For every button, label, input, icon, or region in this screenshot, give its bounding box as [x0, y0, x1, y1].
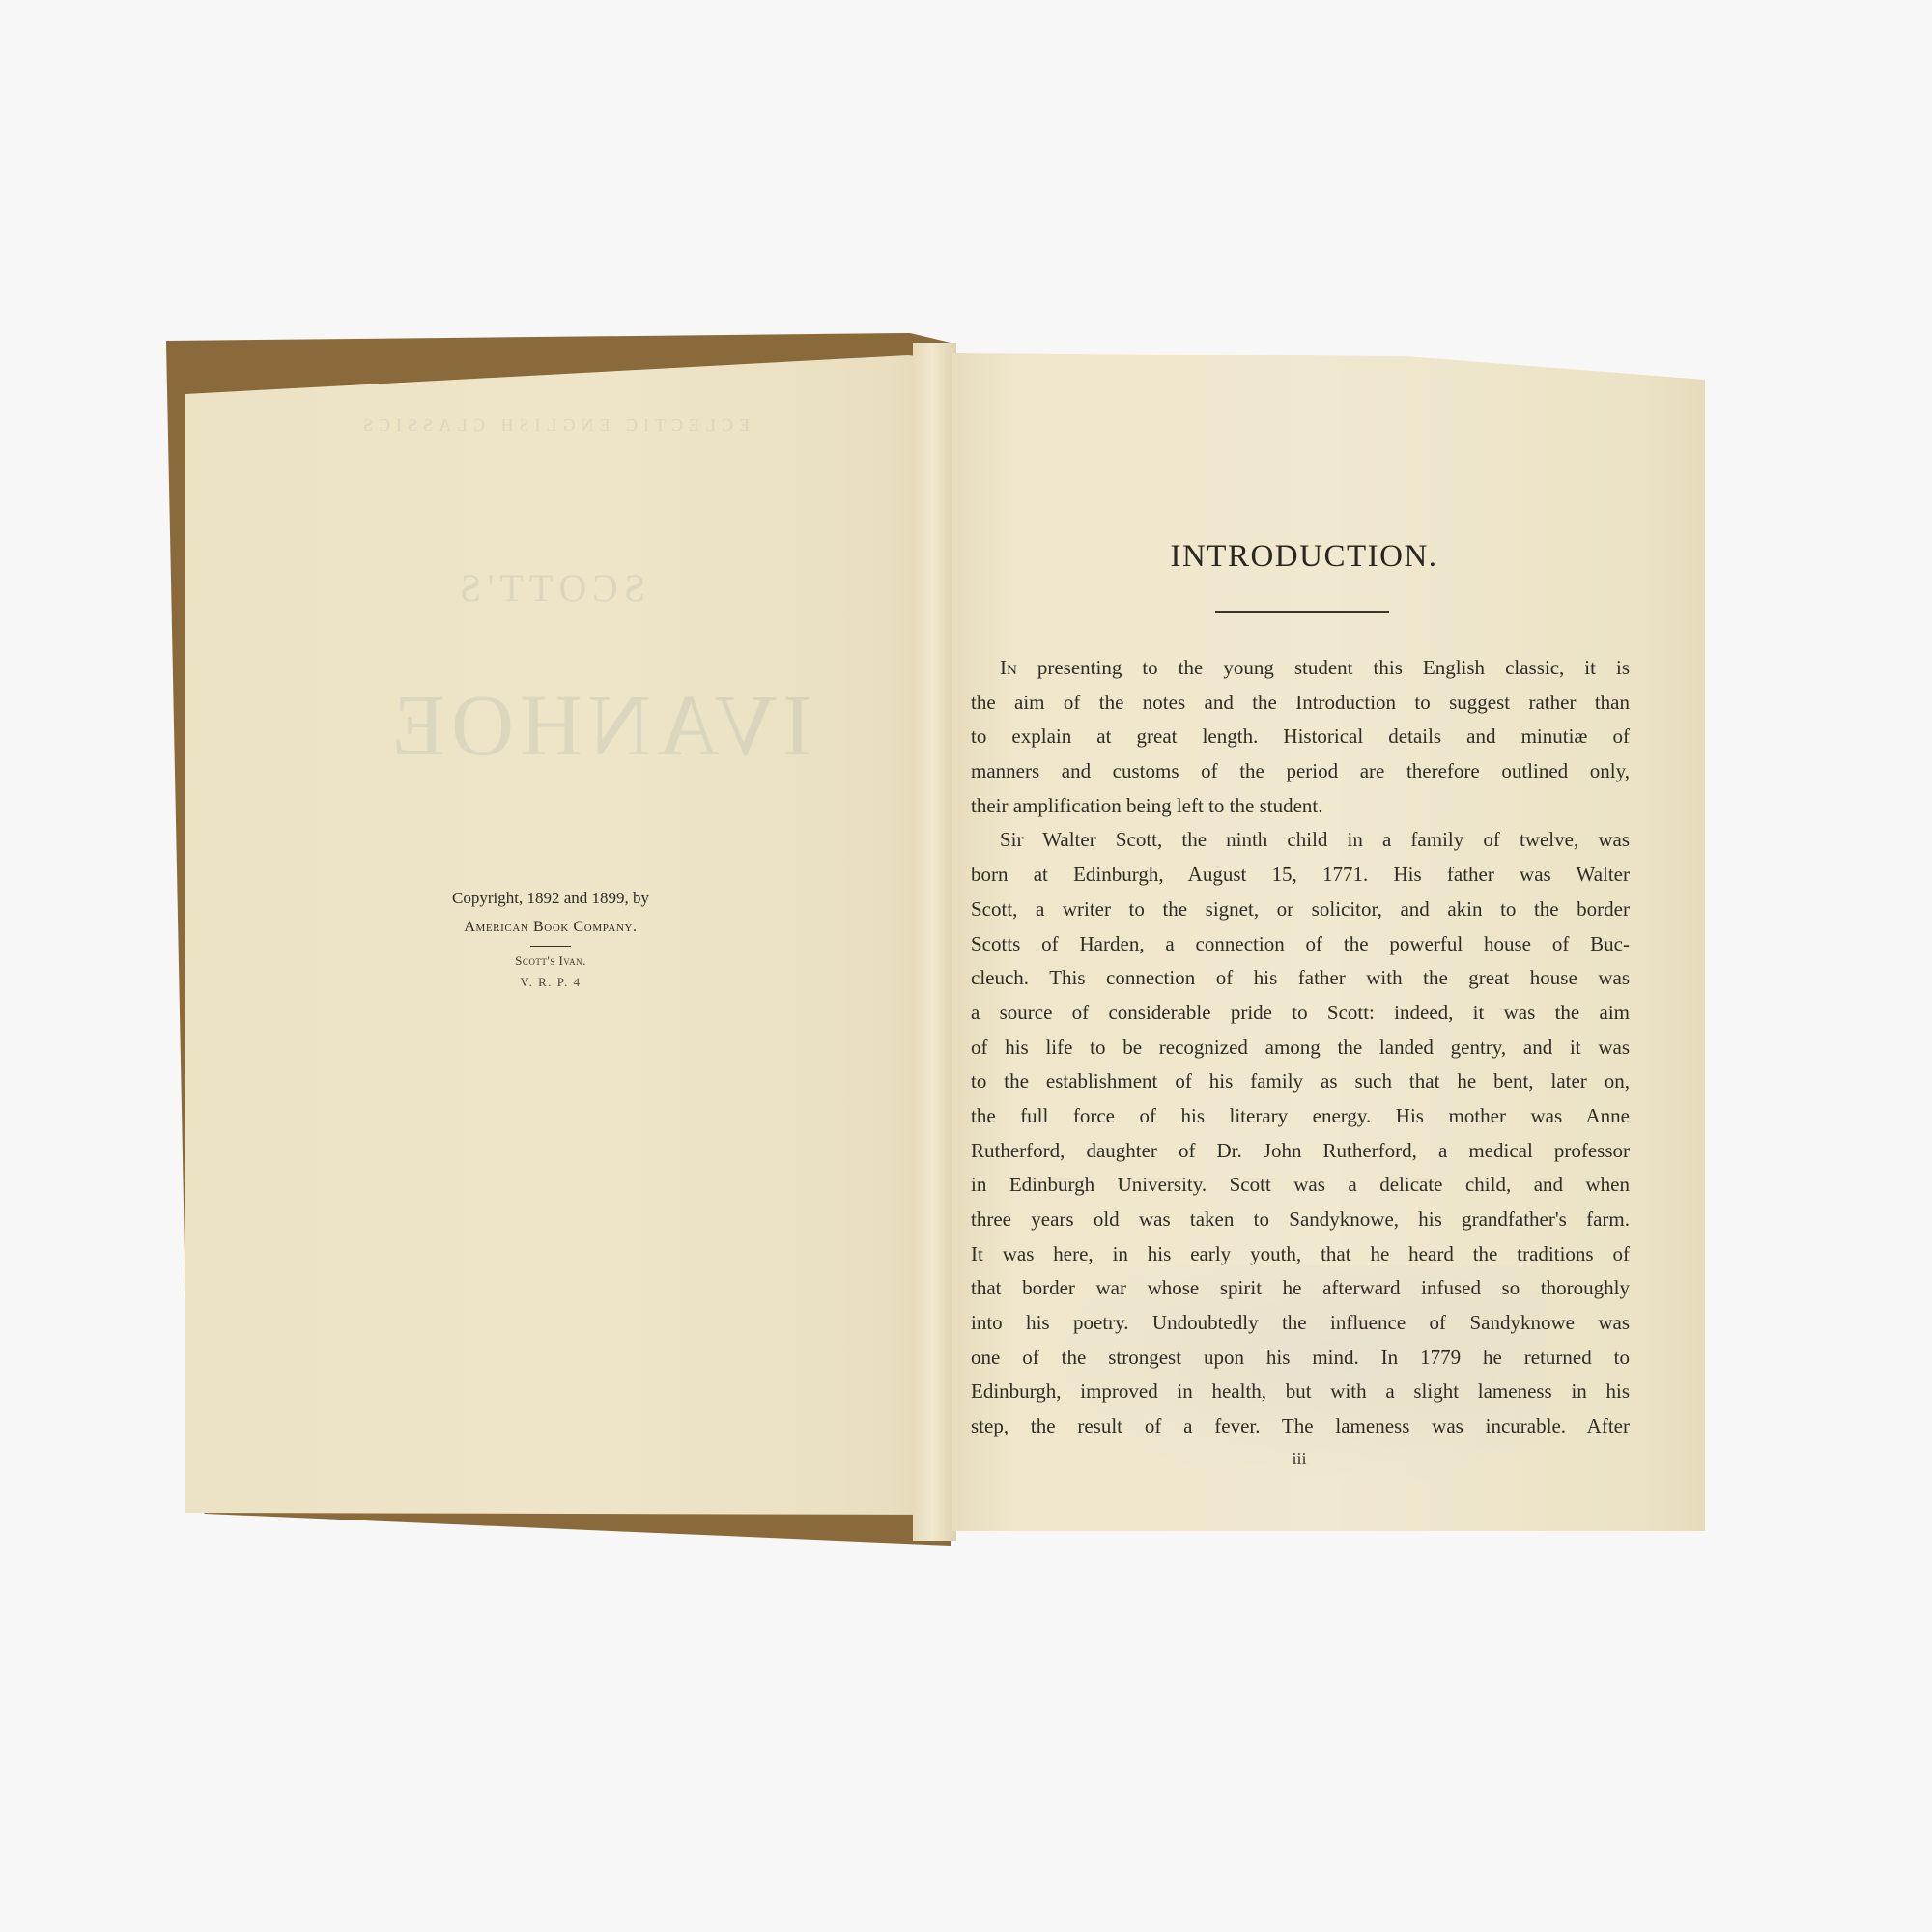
bleed-through-author: SCOTT'S: [454, 565, 645, 611]
print-code: V. R. P. 4: [406, 972, 696, 993]
text-line: In presenting to the young student this …: [971, 651, 1630, 686]
publisher-name: American Book Company.: [406, 913, 696, 942]
text-line: to the establishment of his family as su…: [971, 1065, 1630, 1099]
text-line: born at Edinburgh, August 15, 1771. His …: [971, 858, 1630, 893]
page-number: iii: [1275, 1449, 1323, 1469]
text-line: cleuch. This connection of his father wi…: [971, 961, 1630, 996]
text-line: one of the strongest upon his mind. In 1…: [971, 1341, 1630, 1376]
bleed-through-title: IVANHOE: [386, 676, 811, 776]
copyright-block: Copyright, 1892 and 1899, by American Bo…: [406, 884, 696, 993]
text-line: three years old was taken to Sandyknowe,…: [971, 1203, 1630, 1237]
title-divider: [1215, 611, 1389, 613]
text-line: manners and customs of the period are th…: [971, 754, 1630, 789]
text-line: that border war whose spirit he afterwar…: [971, 1271, 1630, 1306]
text-line: Scott, a writer to the signet, or solici…: [971, 893, 1630, 927]
introduction-body: In presenting to the young student this …: [971, 651, 1630, 1444]
bleed-through-series: ECLECTIC ENGLISH CLASSICS: [357, 415, 750, 436]
text-line: step, the result of a fever. The lamenes…: [971, 1409, 1630, 1444]
text-line: a source of considerable pride to Scott:…: [971, 996, 1630, 1031]
copyright-divider: [530, 946, 571, 947]
text-line: Rutherford, daughter of Dr. John Rutherf…: [971, 1134, 1630, 1169]
chapter-title: INTRODUCTION.: [1111, 539, 1497, 575]
text-line: It was here, in his early youth, that he…: [971, 1237, 1630, 1272]
text-line: the full force of his literary energy. H…: [971, 1099, 1630, 1134]
text-line: of his life to be recognized among the l…: [971, 1031, 1630, 1065]
text-line: Scotts of Harden, a connection of the po…: [971, 927, 1630, 962]
text-line: into his poetry. Undoubtedly the influen…: [971, 1306, 1630, 1341]
text-line: to explain at great length. Historical d…: [971, 720, 1630, 754]
edition-label: Scott's Ivan.: [406, 951, 696, 972]
open-book: ECLECTIC ENGLISH CLASSICS SCOTT'S IVANHO…: [0, 0, 1932, 1932]
text-line: in Edinburgh University. Scott was a del…: [971, 1168, 1630, 1203]
text-line: Sir Walter Scott, the ninth child in a f…: [971, 823, 1630, 858]
copyright-line: Copyright, 1892 and 1899, by: [406, 884, 696, 913]
text-line: the aim of the notes and the Introductio…: [971, 686, 1630, 721]
text-line: their amplification being left to the st…: [971, 789, 1630, 824]
text-line: Edinburgh, improved in health, but with …: [971, 1375, 1630, 1409]
book-gutter: [913, 343, 956, 1541]
